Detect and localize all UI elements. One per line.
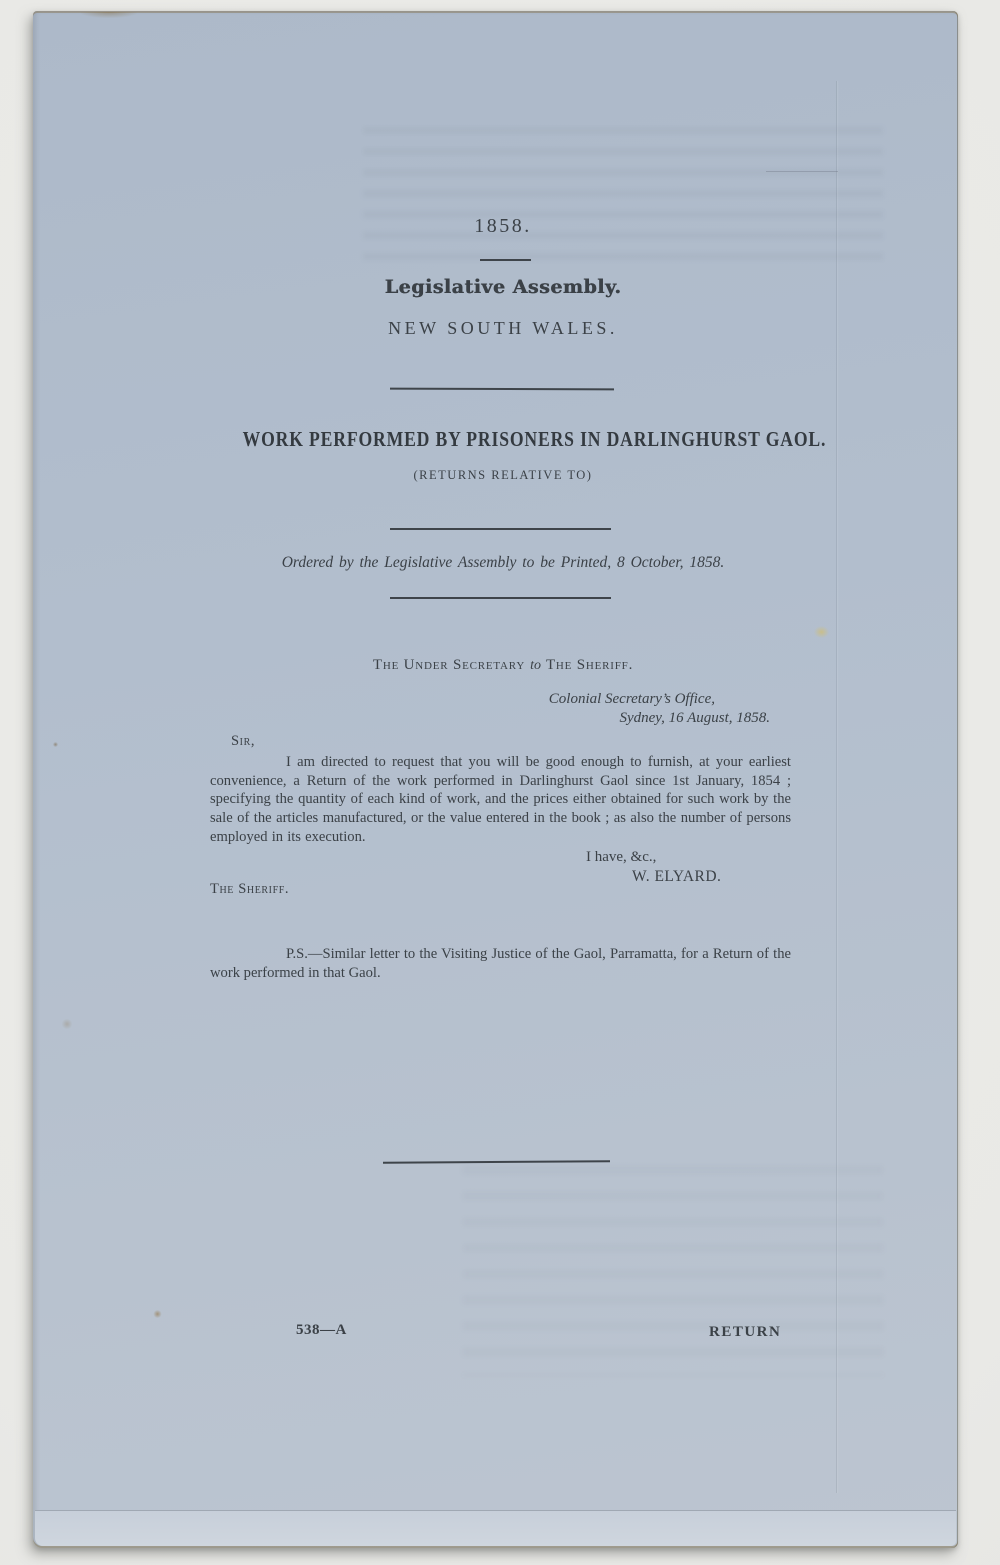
session-year: 1858. [193,215,813,238]
document-title: WORK PERFORMED BY PRISONERS IN DARLINGHU… [243,427,764,452]
document-page: 1858. Legislative Assembly. NEW SOUTH WA… [33,11,958,1548]
foxing-speck [153,1310,162,1318]
photo-background: 1858. Legislative Assembly. NEW SOUTH WA… [0,0,1000,1565]
signature: W. ELYARD. [632,868,721,886]
foxing-speck [53,742,58,747]
addressee: The Sheriff. [210,881,289,898]
document-subtitle: (RETURNS RELATIVE TO) [193,468,813,483]
date-line: Sydney, 16 August, 1858. [619,710,770,727]
salutation: Sir, [231,733,255,750]
valediction: I have, &c., [586,849,656,866]
legislative-assembly-heading: Legislative Assembly. [193,276,813,298]
letter-heading-to: The Sheriff. [546,657,633,673]
short-divider-rule [480,259,531,261]
foxing-speck [61,1019,73,1029]
ordered-top-rule [390,528,611,530]
underlying-page-edge [35,1510,956,1546]
ordered-to-print-line: Ordered by the Legislative Assembly to b… [193,554,813,572]
letter-heading: The Under SecretarytoThe Sheriff. [193,657,813,674]
title-top-rule [390,388,614,391]
letter-body-block: Colonial Secretary’s Office, Sydney, 16 … [210,691,791,1021]
page-crease [836,81,837,1493]
closing-rule [383,1160,610,1163]
office-line: Colonial Secretary’s Office, [549,691,715,708]
verso-show-through [463,1166,883,1376]
letter-heading-from: The Under Secretary [373,657,525,673]
imprint-number: 538—A [296,1322,347,1339]
catchword: RETURN [709,1324,781,1341]
letter-paragraph: I am directed to request that you will b… [210,753,791,847]
foxing-stain [814,626,829,638]
letter-heading-connector: to [530,658,541,673]
verso-show-through [363,127,883,265]
ordered-bottom-rule [390,597,611,599]
colony-name: NEW SOUTH WALES. [193,318,813,339]
postscript: P.S.—Similar letter to the Visiting Just… [210,945,791,983]
corner-discoloration [81,12,137,18]
